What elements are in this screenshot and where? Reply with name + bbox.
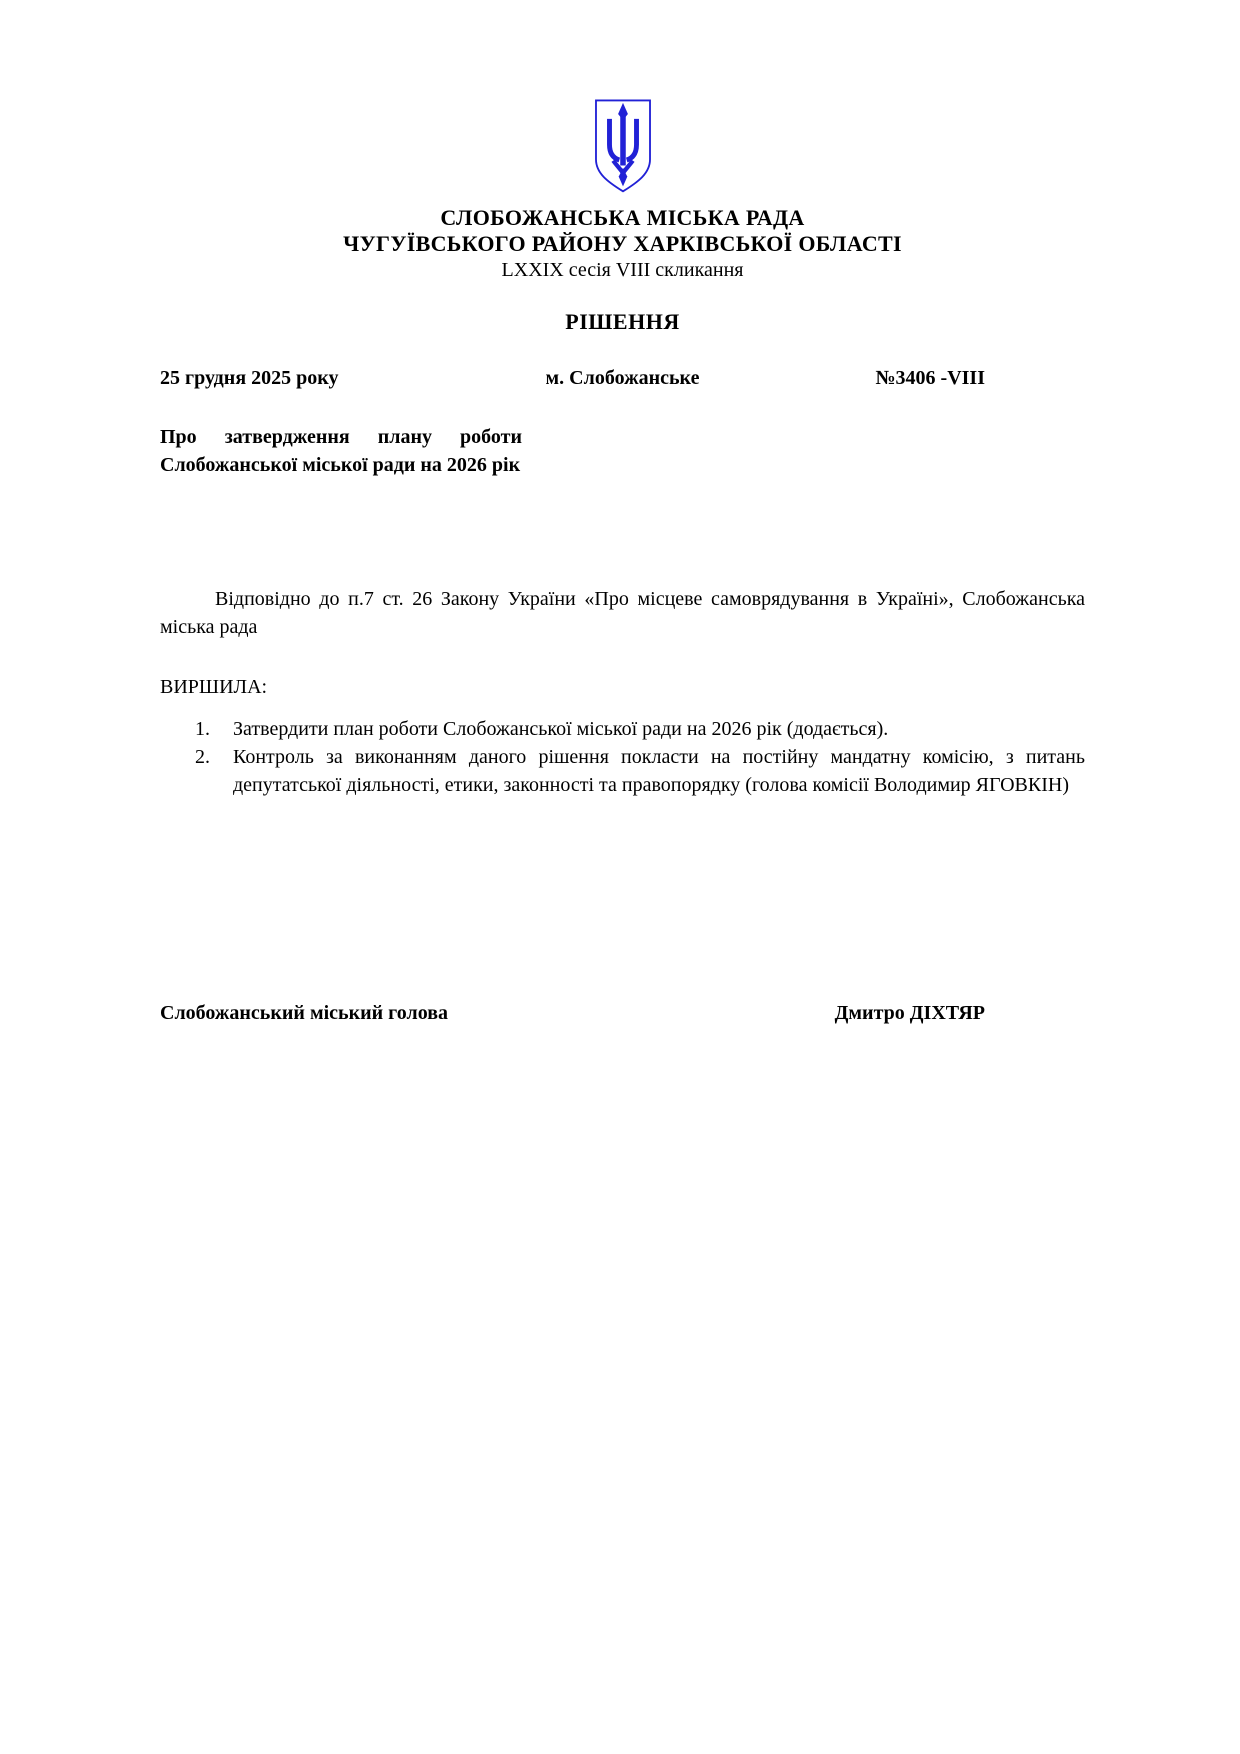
list-item-number: 1.	[195, 715, 233, 743]
document-subject: Про затвердження плану роботи Слобожансь…	[160, 423, 522, 479]
org-name-line1: СЛОБОЖАНСЬКА МІСЬКА РАДА	[160, 205, 1085, 231]
signature-name: Дмитро ДІХТЯР	[835, 999, 985, 1027]
resolution-word: ВИРШИЛА:	[160, 673, 1085, 701]
document-place: м. Слобожанське	[546, 365, 700, 391]
preamble-paragraph: Відповідно до п.7 ст. 26 Закону України …	[160, 585, 1085, 641]
document-date: 25 грудня 2025 року	[160, 365, 339, 391]
signature-position: Слобожанський міський голова	[160, 999, 448, 1027]
list-item: 2. Контроль за виконанням даного рішення…	[160, 743, 1085, 799]
trident-icon	[592, 98, 654, 195]
list-item-text: Затвердити план роботи Слобожанської міс…	[233, 715, 1085, 743]
decision-list: 1. Затвердити план роботи Слобожанської …	[160, 715, 1085, 799]
document-title: РІШЕННЯ	[160, 309, 1085, 335]
document-number: №3406 -VIII	[875, 365, 985, 391]
document-page: СЛОБОЖАНСЬКА МІСЬКА РАДА ЧУГУЇВСЬКОГО РА…	[0, 0, 1240, 1754]
ukraine-trident-emblem	[592, 98, 654, 195]
org-name-line2: ЧУГУЇВСЬКОГО РАЙОНУ ХАРКІВСЬКОЇ ОБЛАСТІ	[160, 231, 1085, 257]
signature-row: Слобожанський міський голова Дмитро ДІХТ…	[160, 999, 1085, 1027]
list-item-text: Контроль за виконанням даного рішення по…	[233, 743, 1085, 799]
session-line: LXXIX сесія VIII скликання	[160, 257, 1085, 283]
list-item: 1. Затвердити план роботи Слобожанської …	[160, 715, 1085, 743]
meta-row: 25 грудня 2025 року м. Слобожанське №340…	[160, 365, 1085, 391]
list-item-number: 2.	[195, 743, 233, 799]
